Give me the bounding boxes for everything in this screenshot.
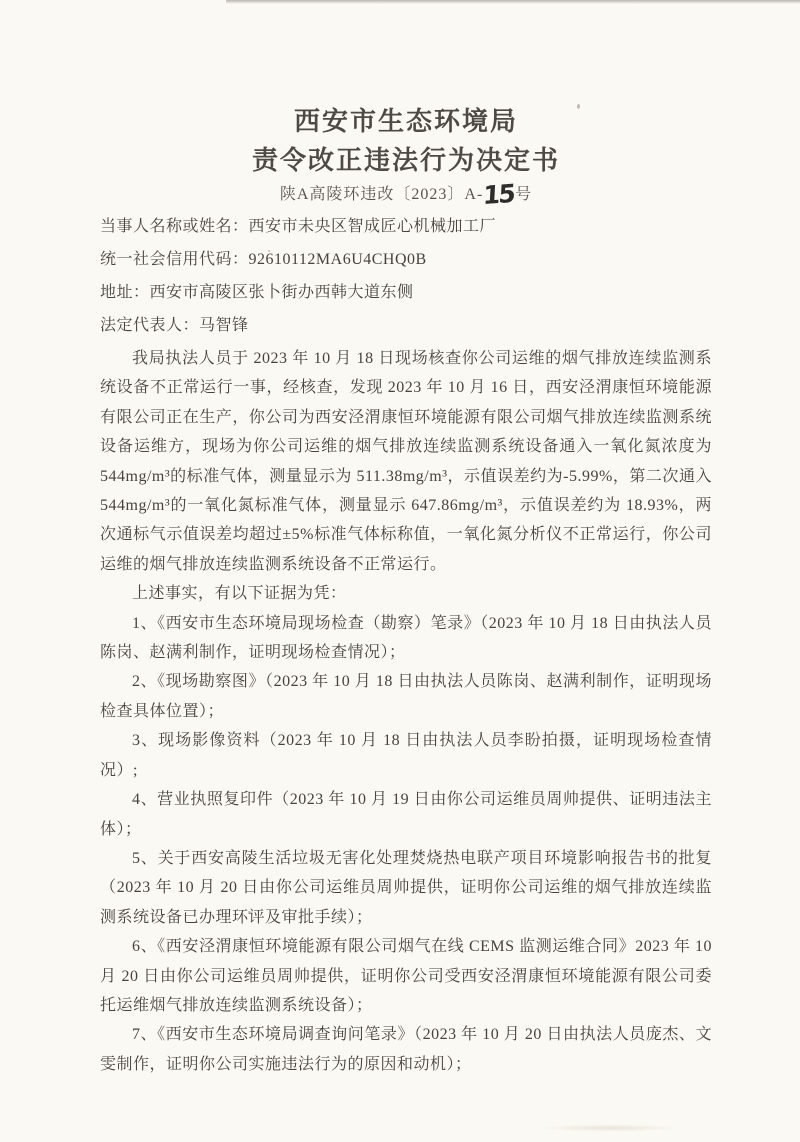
credit-code-line: 统一社会信用代码：92610112MA6U4CHQ0B — [100, 243, 712, 276]
evidence-item-4: 4、营业执照复印件（2023 年 10 月 19 日由你公司运维员周帅提供、证明… — [100, 785, 712, 844]
evidence-item-6: 6、《西安泾渭康恒环境能源有限公司烟气在线 CEMS 监测运维合同》2023 年… — [100, 932, 712, 1020]
legal-representative-value: 马智锋 — [199, 317, 249, 334]
evidence-item-5: 5、关于西安高陵生活垃圾无害化处理焚烧热电联产项目环境影响报告书的批复（2023… — [100, 844, 712, 932]
document-number-suffix: 号 — [515, 186, 532, 203]
scan-edge-shadow — [226, 0, 800, 4]
address-line: 地址：西安市高陵区张卜街办西韩大道东侧 — [100, 276, 712, 309]
party-name-line: 当事人名称或姓名：西安市未央区智成匠心机械加工厂 — [100, 210, 712, 243]
document-body: 我局执法人员于 2023 年 10 月 18 日现场核查你公司运维的烟气排放连续… — [100, 344, 712, 1079]
scan-smudge — [540, 1124, 680, 1132]
document-number-prefix: 陕A高陵环违改〔2023〕A- — [280, 186, 483, 203]
party-name-label: 当事人名称或姓名： — [100, 218, 249, 235]
party-name-value: 西安市未央区智成匠心机械加工厂 — [249, 218, 497, 235]
handwritten-case-number: 15 — [483, 181, 515, 208]
credit-code-label: 统一社会信用代码： — [100, 251, 249, 268]
address-value: 西安市高陵区张卜街办西韩大道东侧 — [150, 284, 414, 301]
scanned-document-page: 西安市生态环境局 责令改正违法行为决定书 陕A高陵环违改〔2023〕A-15号 … — [0, 0, 800, 1142]
facts-paragraph: 我局执法人员于 2023 年 10 月 18 日现场核查你公司运维的烟气排放连续… — [100, 344, 712, 579]
party-info-block: 当事人名称或姓名：西安市未央区智成匠心机械加工厂 统一社会信用代码：926101… — [100, 210, 712, 342]
evidence-intro: 上述事实，有以下证据为凭： — [100, 579, 712, 608]
document-content: 西安市生态环境局 责令改正违法行为决定书 陕A高陵环违改〔2023〕A-15号 … — [100, 102, 712, 1079]
legal-representative-line: 法定代表人：马智锋 — [100, 309, 712, 342]
evidence-item-7: 7、《西安市生态环境局调查询问笔录》（2023 年 10 月 20 日由执法人员… — [100, 1020, 712, 1079]
address-label: 地址： — [100, 284, 150, 301]
legal-representative-label: 法定代表人： — [100, 317, 199, 334]
evidence-item-2: 2、《现场勘察图》（2023 年 10 月 18 日由执法人员陈岗、赵满利制作，… — [100, 667, 712, 726]
credit-code-value: 92610112MA6U4CHQ0B — [249, 251, 427, 268]
document-number: 陕A高陵环违改〔2023〕A-15号 — [100, 182, 712, 208]
evidence-item-1: 1、《西安市生态环境局现场检查（勘察）笔录》（2023 年 10 月 18 日由… — [100, 609, 712, 668]
document-title-line2: 责令改正违法行为决定书 — [100, 141, 712, 180]
evidence-item-3: 3、现场影像资料（2023 年 10 月 18 日由执法人员李盼拍摄，证明现场检… — [100, 726, 712, 785]
document-title-line1: 西安市生态环境局 — [100, 102, 712, 141]
